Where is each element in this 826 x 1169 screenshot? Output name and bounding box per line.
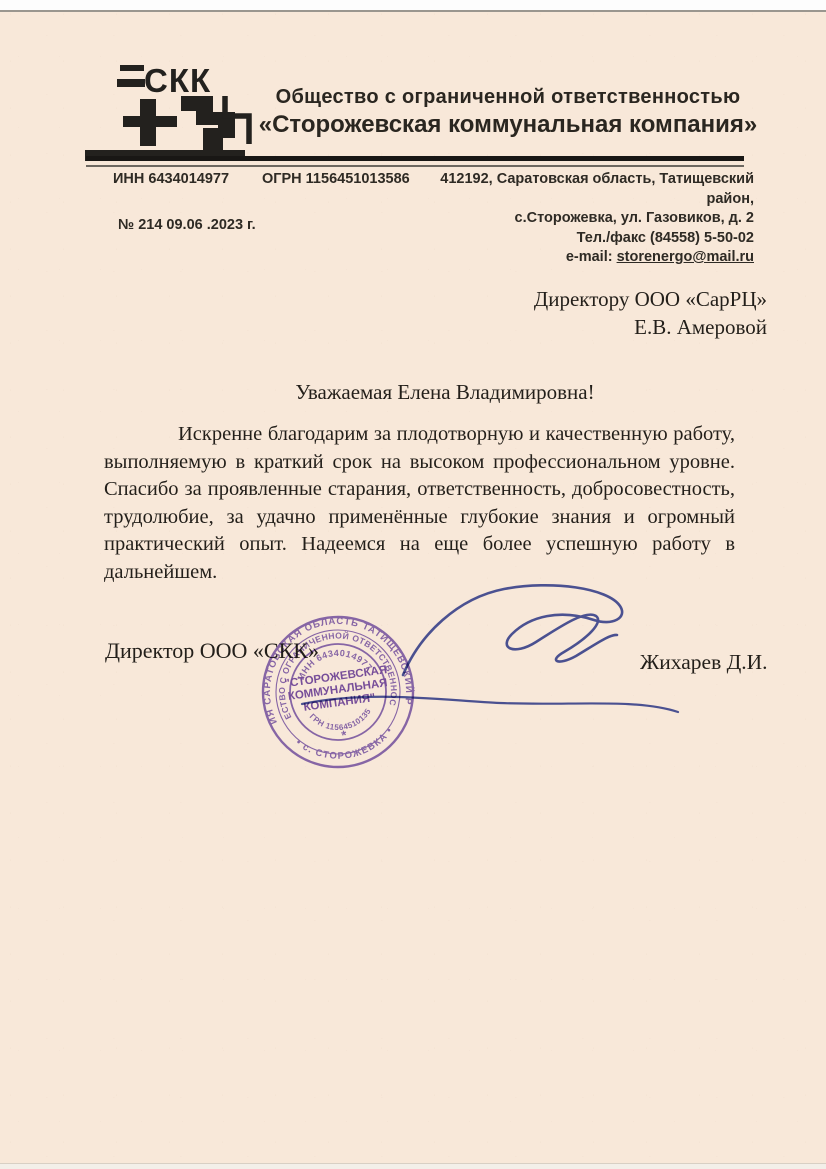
body-paragraph: Искренне благодарим за плодотворную и ка… <box>104 421 735 586</box>
company-type: Общество с ограниченной ответственностью <box>248 86 768 109</box>
scan-edge-top <box>0 0 826 12</box>
header-divider <box>86 156 744 161</box>
scan-edge-bottom <box>0 1163 826 1169</box>
logo-bar-1 <box>120 65 144 71</box>
salutation: Уважаемая Елена Владимировна! <box>105 380 785 405</box>
recipient-block: Директору ООО «СарРЦ» Е.В. Амеровой <box>420 285 767 341</box>
address-line-2: с.Сторожевка, ул. Газовиков, д. 2 <box>440 209 754 229</box>
email-label: e-mail: <box>566 249 617 265</box>
inn-value: ИНН 6434014977 <box>113 171 229 187</box>
signature-tail-stroke <box>302 697 678 712</box>
logo-bar-2 <box>117 79 145 87</box>
address-block: 412192, Саратовская область, Татищевский… <box>440 170 754 268</box>
company-name: «Сторожевская коммунальная компания» <box>248 111 768 139</box>
logo-pipe-cross-v <box>140 99 156 146</box>
company-logo: СКК <box>78 58 258 163</box>
letterhead: Общество с ограниченной ответственностью… <box>248 86 768 139</box>
phone-line: Тел./факс (84558) 5-50-02 <box>440 229 754 249</box>
recipient-line-2: Е.В. Амеровой <box>420 313 767 341</box>
header-divider-thin <box>86 165 744 167</box>
logo-text: СКК <box>144 62 211 99</box>
ref-number-date: № 214 09.06 .2023 г. <box>118 217 256 233</box>
email-line: e-mail: storenergo@mail.ru <box>440 248 754 268</box>
scanned-letter-page: СКК Общество с ограниченной ответственно… <box>0 0 826 1169</box>
address-line-1: 412192, Саратовская область, Татищевский… <box>440 170 754 209</box>
logo-pipe-leg <box>203 128 223 152</box>
signature-loop-stroke <box>403 585 622 675</box>
recipient-line-1: Директору ООО «СарРЦ» <box>420 285 767 313</box>
ogrn-value: ОГРН 1156451013586 <box>262 171 410 187</box>
handwritten-signature <box>290 572 690 727</box>
email-address: storenergo@mail.ru <box>617 249 754 265</box>
